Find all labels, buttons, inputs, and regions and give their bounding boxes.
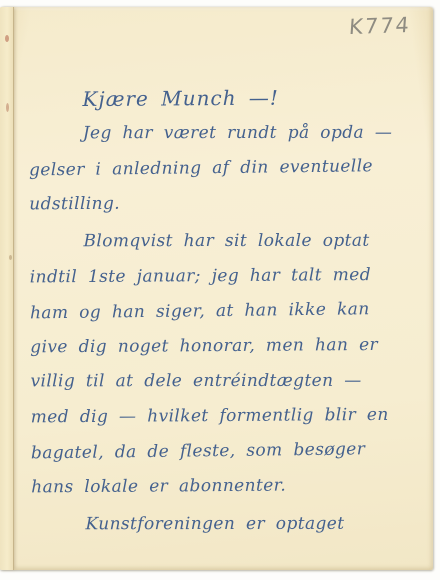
letter-line: udstilling. [29,185,422,223]
archive-code-pencil: K774 [348,13,412,39]
letter-line: villig til at dele entréindtægten — [30,364,423,400]
letter-line: med dig — hvilket formentlig blir en [31,398,424,436]
letter-line: gelser i anledning af din eventuelle [29,149,422,189]
scan-background: K774 Kjære Munch —! Jeg har været rundt … [0,0,440,580]
paper-stain [5,35,9,42]
letter-paper: K774 Kjære Munch —! Jeg har været rundt … [0,7,433,570]
paper-stain [9,255,12,260]
letter-line: ham og han siger, at han ikke kan [30,292,423,332]
fold-crease [0,7,14,570]
letter-line: bagatel, da de fleste, som besøger [31,432,424,472]
letter-line: hans lokale er abonnenter. [31,468,424,506]
salutation: Kjære Munch —! [28,80,421,118]
paper-stain [6,103,9,112]
letter-line: indtil 1ste januar; jeg har talt med [30,258,423,296]
letter-line: Blomqvist har sit lokale optat [29,224,422,260]
letter-line: give dig noget honorar, men han er [30,328,423,366]
letter-body: Kjære Munch —! Jeg har været rundt på op… [28,80,424,544]
letter-line: Jeg har været rundt på opda — [29,116,422,152]
letter-line: Kunstforeningen er optaget [31,507,424,543]
